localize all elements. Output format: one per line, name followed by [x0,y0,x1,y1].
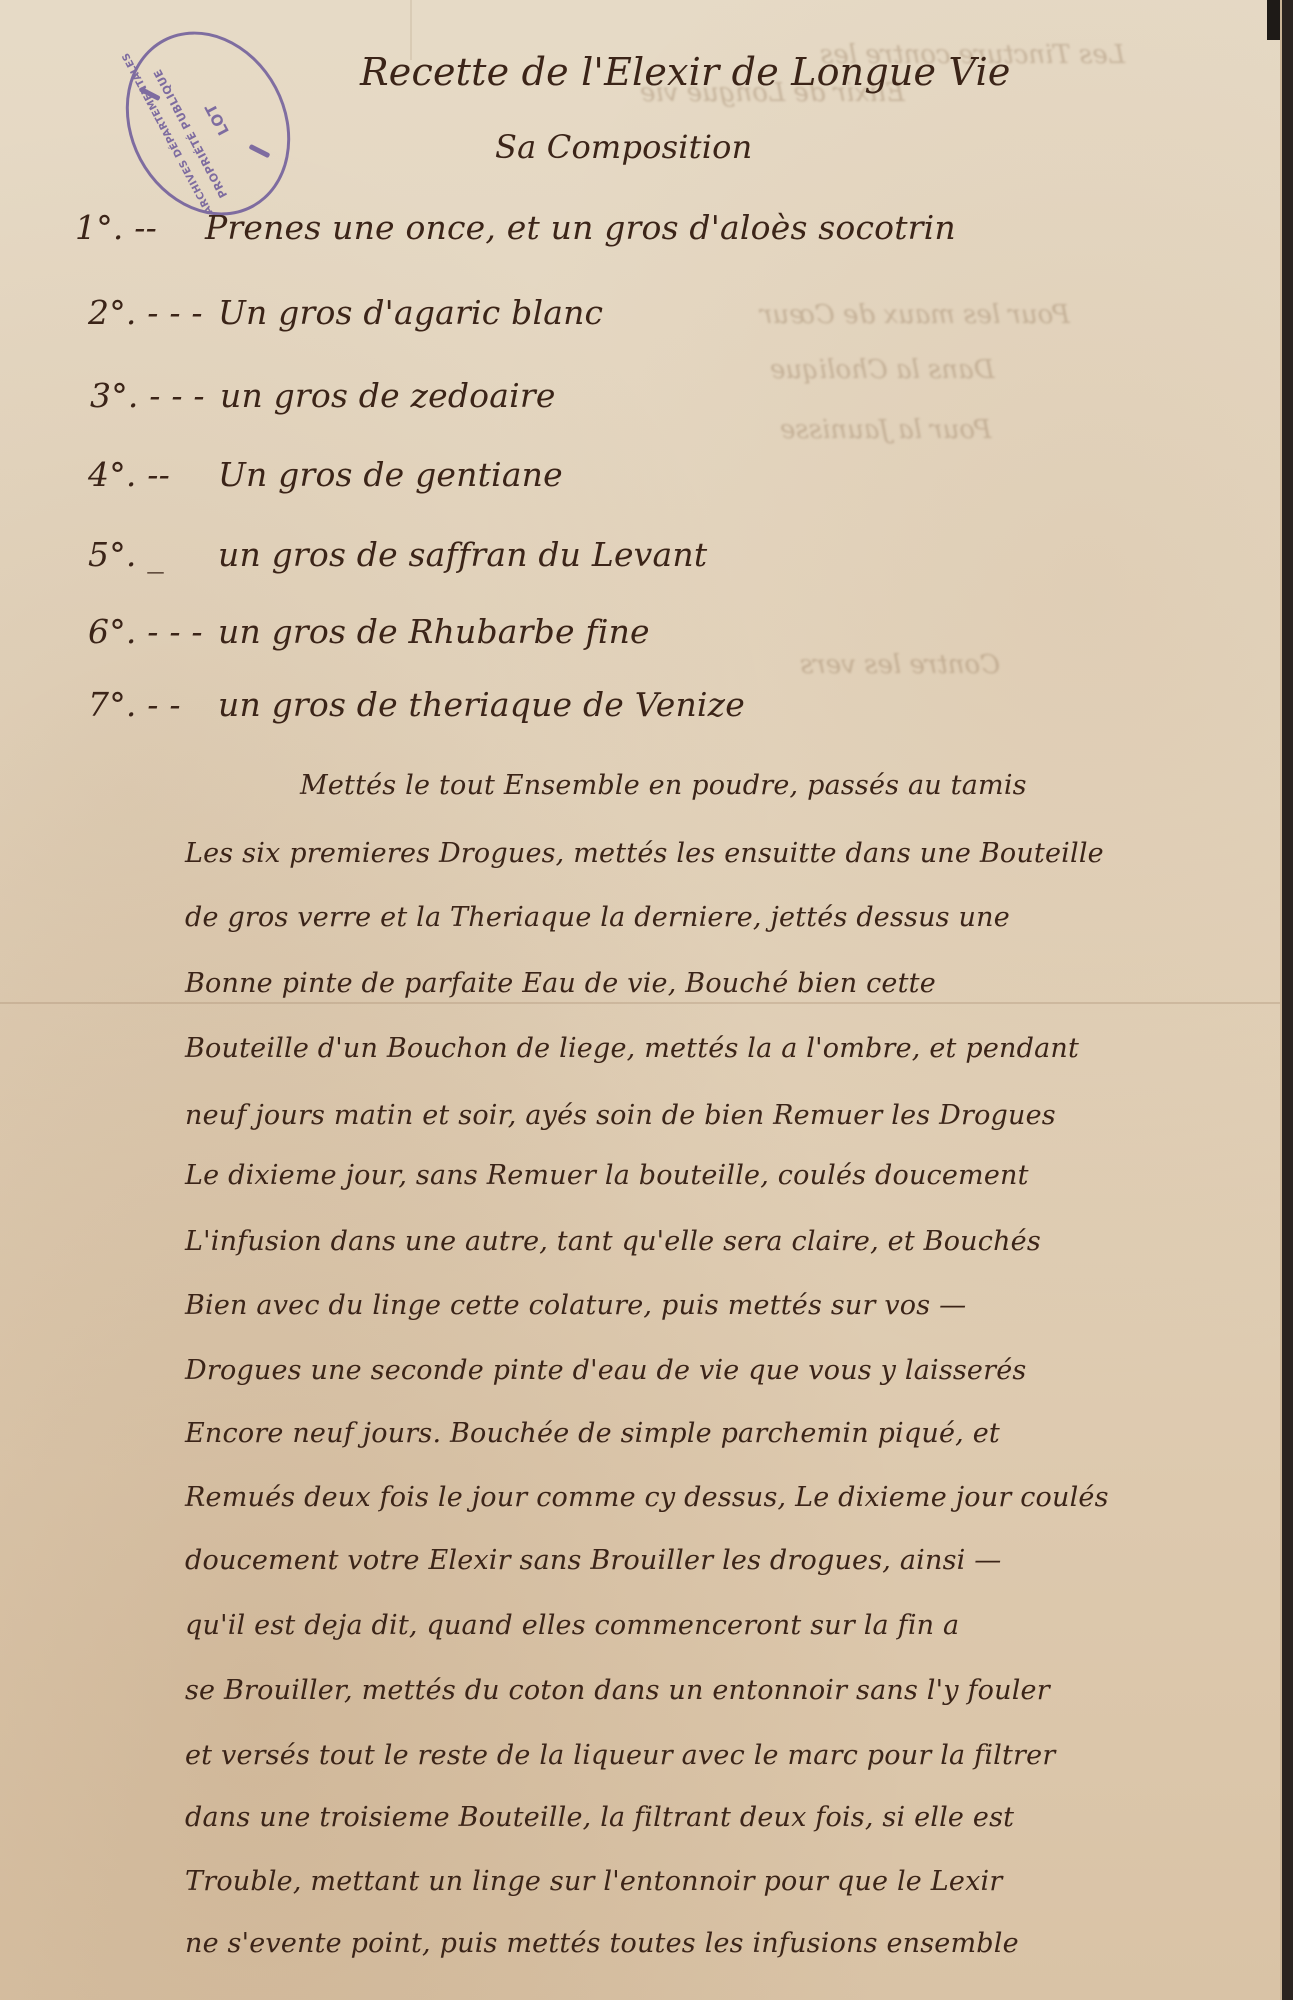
instruction-line: Trouble, mettant un linge sur l'entonnoi… [185,1866,1002,1897]
bleed-through-text: Contre les vers [800,650,1000,680]
instruction-line: Les six premieres Drogues, mettés les en… [185,838,1104,869]
instruction-line: L'infusion dans une autre, tant qu'elle … [185,1226,1041,1257]
instruction-line: Bonne pinte de parfaite Eau de vie, Bouc… [185,968,936,999]
ingredient-item: 7°. - -un gros de theriaque de Venize [88,685,745,724]
bleed-through-text: Pour la Jaunisse [780,415,991,445]
instruction-line: Drogues une seconde pinte d'eau de vie q… [185,1355,1026,1386]
ingredient-item: 3°. - - -un gros de zedoaire [90,376,556,415]
instruction-line: Bouteille d'un Bouchon de liege, mettés … [185,1033,1079,1064]
instruction-line: ne s'evente point, puis mettés toutes le… [185,1928,1019,1959]
instruction-line: de gros verre et la Theriaque la dernier… [185,902,1010,933]
ingredient-number: 6°. - - - [88,612,218,651]
manuscript-page: Les Tincture contre les Elixir de Longue… [0,0,1282,2000]
ingredient-number: 2°. - - - [88,293,218,332]
torn-corner [1267,0,1280,40]
ingredient-item: 6°. - - -un gros de Rhubarbe fine [88,612,650,651]
ingredient-text: un gros de zedoaire [220,376,556,415]
instruction-line: Remués deux fois le jour comme cy dessus… [185,1482,1109,1513]
instruction-line: Le dixieme jour, sans Remuer la bouteill… [185,1160,1029,1191]
bleed-through-text: Dans la Cholique [770,355,994,385]
recipe-title: Recette de l'Elexir de Longue Vie [360,50,1011,94]
ingredient-item: 5°. _un gros de saffran du Levant [88,535,707,574]
ingredient-text: Un gros d'agaric blanc [218,293,603,332]
ingredient-number: 1°. -- [75,208,205,247]
ingredient-number: 3°. - - - [90,376,220,415]
ingredient-item: 2°. - - -Un gros d'agaric blanc [88,293,603,332]
ingredient-number: 4°. -- [88,455,218,494]
instruction-line: neuf jours matin et soir, ayés soin de b… [185,1100,1056,1131]
ingredient-text: Un gros de gentiane [218,455,563,494]
instruction-line: et versés tout le reste de la liqueur av… [185,1740,1055,1771]
stamp-dash [249,144,271,158]
horizontal-fold-line [0,1002,1280,1004]
ingredient-text: Prenes une once, et un gros d'aloès soco… [205,208,956,247]
bleed-through-text: Pour les maux de Cœur [760,300,1070,330]
instruction-line: Mettés le tout Ensemble en poudre, passé… [300,770,1027,801]
instruction-line: qu'il est deja dit, quand elles commence… [185,1610,959,1641]
instruction-line: se Brouiller, mettés du coton dans un en… [185,1675,1050,1706]
ingredient-number: 7°. - - [88,685,218,724]
instruction-line: Encore neuf jours. Bouchée de simple par… [185,1418,1000,1449]
recipe-subtitle: Sa Composition [495,128,752,166]
ingredient-number: 5°. _ [88,535,218,574]
instruction-line: Bien avec du linge cette colature, puis … [185,1290,966,1321]
ingredient-text: un gros de theriaque de Venize [218,685,745,724]
instruction-line: dans une troisieme Bouteille, la filtran… [185,1802,1014,1833]
ingredient-item: 1°. --Prenes une once, et un gros d'aloè… [75,208,956,247]
instruction-line: doucement votre Elexir sans Brouiller le… [185,1545,1001,1576]
ingredient-text: un gros de Rhubarbe fine [218,612,650,651]
ingredient-text: un gros de saffran du Levant [218,535,707,574]
ingredient-item: 4°. --Un gros de gentiane [88,455,563,494]
